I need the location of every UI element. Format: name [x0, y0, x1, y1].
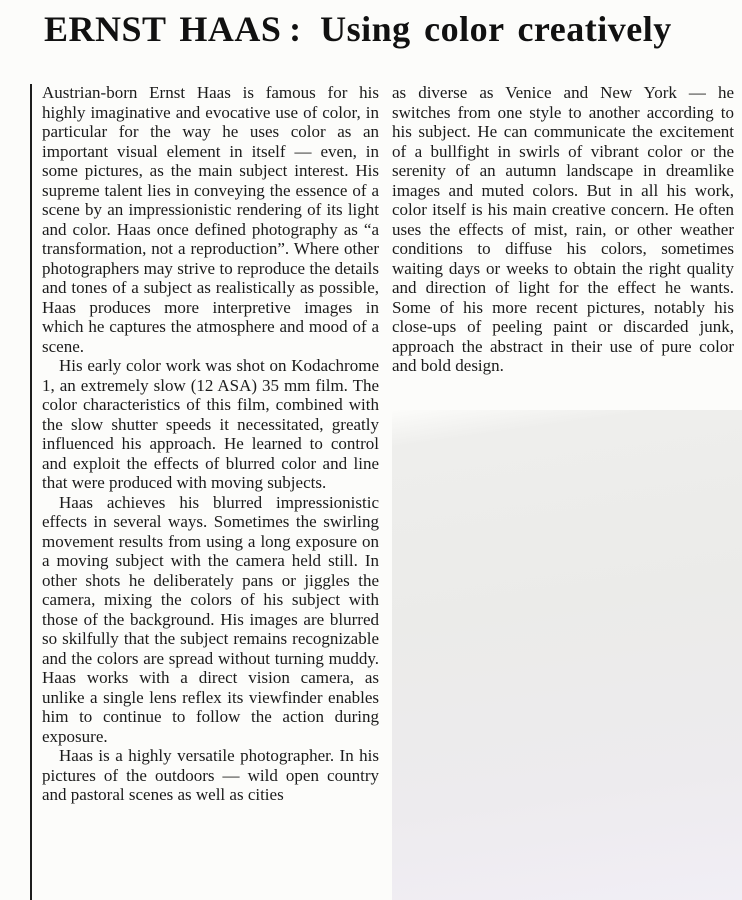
blank-photo-area [392, 410, 742, 900]
scanned-book-page: ERNST HAAS : Using color creatively Aust… [0, 0, 742, 900]
paragraph-blur-techniques: Haas achieves his blurred impressionisti… [42, 493, 379, 747]
left-text-column: Austrian-born Ernst Haas is famous for h… [42, 83, 379, 805]
paragraph-intro: Austrian-born Ernst Haas is famous for h… [42, 83, 379, 356]
right-text-column: as diverse as Venice and New York — he s… [392, 83, 734, 376]
paragraph-versatile-start: Haas is a highly versatile photographer.… [42, 746, 379, 805]
left-margin-rule [30, 84, 32, 900]
paragraph-early-work: His early color work was shot on Koda­ch… [42, 356, 379, 493]
paragraph-versatile-continued: as diverse as Venice and New York — he s… [392, 83, 734, 376]
article-title: ERNST HAAS : Using color creatively [44, 8, 734, 51]
